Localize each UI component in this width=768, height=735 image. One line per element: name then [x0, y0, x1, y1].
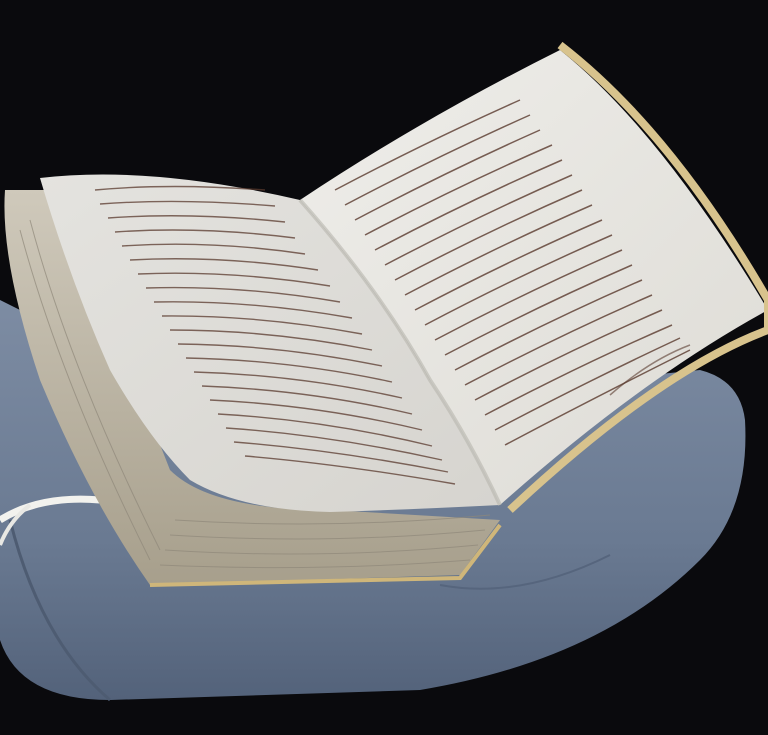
- photo-scene: [0, 0, 768, 735]
- manuscript-photo: [0, 0, 768, 735]
